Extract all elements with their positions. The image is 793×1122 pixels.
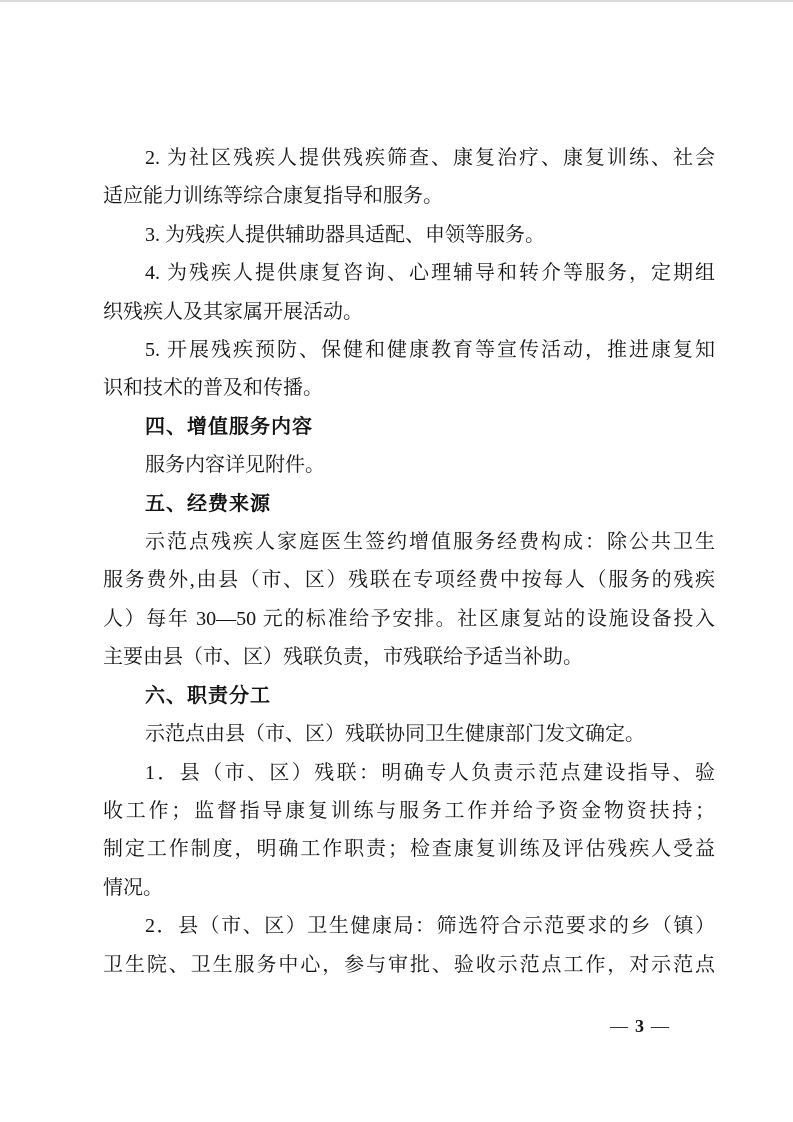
document-body: 2. 为社区残疾人提供残疾筛查、康复治疗、康复训练、社会适应能力训练等综合康复指… — [103, 139, 715, 984]
paragraph: 服务内容详见附件。 — [103, 446, 715, 484]
text-line: 服务费外,由县（市、区）残联在专项经费中按每人（服务的残疾 — [103, 561, 715, 599]
paragraph: 4. 为残疾人提供康复咨询、心理辅导和转介等服务，定期组织残疾人及其家属开展活动… — [103, 254, 715, 331]
text-line: 适应能力训练等综合康复指导和服务。 — [103, 177, 715, 215]
page-number: —3— — [598, 1014, 682, 1038]
section-heading: 四、增值服务内容 — [103, 408, 715, 446]
text-line: 制定工作制度，明确工作职责；检查康复训练及评估残疾人受益 — [103, 830, 715, 868]
text-line: 五、经费来源 — [103, 485, 715, 523]
section-heading: 六、职责分工 — [103, 677, 715, 715]
text-line: 识和技术的普及和传播。 — [103, 369, 715, 407]
paragraph: 5. 开展残疾预防、保健和健康教育等宣传活动，推进康复知识和技术的普及和传播。 — [103, 331, 715, 408]
text-line: 织残疾人及其家属开展活动。 — [103, 293, 715, 331]
text-line: 5. 开展残疾预防、保健和健康教育等宣传活动，推进康复知 — [103, 331, 715, 369]
text-line: 服务内容详见附件。 — [103, 446, 715, 484]
paragraph: 1．县（市、区）残联：明确专人负责示范点建设指导、验收工作；监督指导康复训练与服… — [103, 754, 715, 908]
text-line: 收工作；监督指导康复训练与服务工作并给予资金物资扶持； — [103, 792, 715, 830]
text-line: 主要由县（市、区）残联负责，市残联给予适当补助。 — [103, 638, 715, 676]
page-number-dash-right: — — [651, 1016, 670, 1036]
text-line: 示范点残疾人家庭医生签约增值服务经费构成：除公共卫生 — [103, 523, 715, 561]
page-number-dash-left: — — [610, 1016, 629, 1036]
text-line: 2．县（市、区）卫生健康局：筛选符合示范要求的乡（镇） — [103, 907, 715, 945]
scan-top-edge — [0, 0, 793, 2]
paragraph: 2. 为社区残疾人提供残疾筛查、康复治疗、康复训练、社会适应能力训练等综合康复指… — [103, 139, 715, 216]
text-line: 3. 为残疾人提供辅助器具适配、申领等服务。 — [103, 216, 715, 254]
document-page: 2. 为社区残疾人提供残疾筛查、康复治疗、康复训练、社会适应能力训练等综合康复指… — [0, 0, 793, 1122]
text-line: 情况。 — [103, 869, 715, 907]
text-line: 示范点由县（市、区）残联协同卫生健康部门发文确定。 — [103, 715, 715, 753]
text-line: 1．县（市、区）残联：明确专人负责示范点建设指导、验 — [103, 754, 715, 792]
paragraph: 3. 为残疾人提供辅助器具适配、申领等服务。 — [103, 216, 715, 254]
text-line: 卫生院、卫生服务中心，参与审批、验收示范点工作，对示范点 — [103, 946, 715, 984]
text-line: 四、增值服务内容 — [103, 408, 715, 446]
page-number-value: 3 — [629, 1016, 651, 1036]
text-line: 4. 为残疾人提供康复咨询、心理辅导和转介等服务，定期组 — [103, 254, 715, 292]
paragraph: 2．县（市、区）卫生健康局：筛选符合示范要求的乡（镇）卫生院、卫生服务中心，参与… — [103, 907, 715, 984]
text-line: 2. 为社区残疾人提供残疾筛查、康复治疗、康复训练、社会 — [103, 139, 715, 177]
text-line: 六、职责分工 — [103, 677, 715, 715]
section-heading: 五、经费来源 — [103, 485, 715, 523]
paragraph: 示范点残疾人家庭医生签约增值服务经费构成：除公共卫生服务费外,由县（市、区）残联… — [103, 523, 715, 677]
paragraph: 示范点由县（市、区）残联协同卫生健康部门发文确定。 — [103, 715, 715, 753]
text-line: 人）每年 30—50 元的标准给予安排。社区康复站的设施设备投入 — [103, 600, 715, 638]
